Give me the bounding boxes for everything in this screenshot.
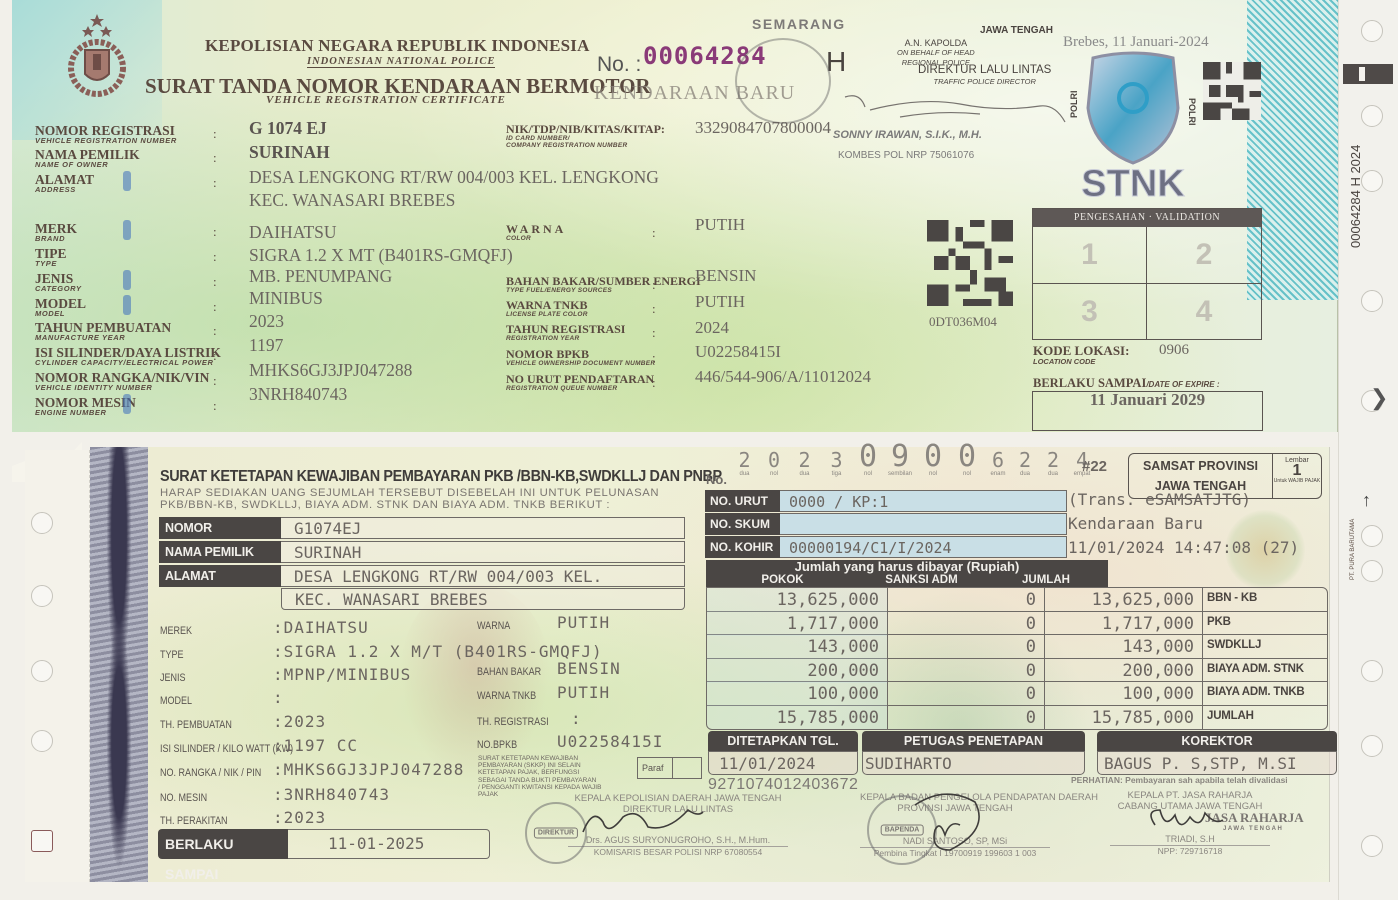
nik-label: NIK/TDP/NIB/KITAS/KITAP: ID CARD NUMBER/…: [506, 124, 665, 149]
identity-value: G1074EJ: [281, 517, 685, 539]
payment-table: Jumlah yang harus dibayar (Rupiah) POKOK…: [706, 560, 1328, 730]
issuer-director: DIREKTUR LALU LINTAS TRAFFIC POLICE DIRE…: [918, 64, 1051, 88]
perforation-hole: [31, 512, 53, 534]
institution-name-en: INDONESIAN NATIONAL POLICE: [307, 56, 495, 68]
vehicle-value: :3NRH840743: [273, 785, 390, 804]
detail-colon: :: [652, 277, 656, 293]
issuer-rank: KOMBES POL NRP 75061076: [838, 150, 974, 161]
identity-row: NOMOR REGISTRASI G1074EJ: [159, 517, 685, 539]
validation-cell-1: 1: [1033, 227, 1147, 284]
field-colon: :: [213, 348, 217, 364]
detail-colon: :: [652, 350, 656, 366]
field-value: 2023: [249, 311, 284, 332]
nik-value: 3329084707800004: [695, 118, 831, 138]
field-colon: :: [213, 175, 217, 191]
vehicle-label: NO. MESIN: [160, 792, 207, 804]
detail-colon: :: [652, 301, 656, 317]
signature-icon: [578, 802, 708, 842]
on-behalf-en-1: ON BEHALF OF HEAD: [897, 48, 975, 58]
vehicle-label: JENIS: [160, 672, 186, 684]
transaction-timestamp: 11/01/2024 14:47:08 (27): [1068, 538, 1299, 557]
vehicle-detail-label: WARNA TNKB: [477, 690, 536, 702]
queue-row: NO. SKUM: [705, 513, 1067, 535]
director-title: DIREKTUR LALU LINTAS: [918, 64, 1051, 76]
left-stub: [25, 450, 90, 882]
assessment-date-label: DITETAPKAN TGL.: [708, 731, 858, 751]
vehicle-value: :2023: [273, 808, 326, 827]
payment-rows: 13,625,000013,625,000BBN - KB1,717,00001…: [706, 587, 1328, 730]
field-label: NAMA PEMILIKNAME OF OWNER: [35, 148, 140, 169]
perforation-hole: [31, 660, 53, 682]
vehicle-value: :: [273, 688, 284, 707]
vehicle-value: :SIGRA 1.2 X M/T (B401RS-GMQFJ): [273, 642, 603, 661]
sanksi-cell: 0: [888, 612, 1045, 636]
field-colon: :: [213, 249, 217, 265]
payment-item-label: BBN - KB: [1203, 588, 1328, 612]
vehicle-label: TH. PEMBUATAN: [160, 719, 232, 731]
assessment-officer-label: PETUGAS PENETAPAN: [862, 731, 1085, 751]
security-marker: [123, 270, 131, 290]
registration-mark: [1343, 64, 1393, 84]
paraf-box: Paraf: [637, 757, 702, 779]
signature-icon: [840, 92, 1070, 127]
vehicle-detail-label: BAHAN BAKAR: [477, 666, 541, 678]
payment-item-label: JUMLAH: [1203, 706, 1328, 730]
sanksi-cell: 0: [888, 706, 1045, 730]
issue-place-date: Brebes, 11 Januari-2024: [1063, 34, 1209, 51]
security-band: [90, 447, 148, 882]
qr-code-icon: [927, 220, 1013, 306]
perforation-hole: [1361, 170, 1383, 192]
vehicle-detail-label: NO.BPKB: [477, 739, 517, 751]
pokok-cell: 200,000: [707, 659, 888, 683]
assessment-date: DITETAPKAN TGL. 11/01/2024: [708, 731, 858, 775]
field-colon: :: [213, 150, 217, 166]
valid-until-label: BERLAKU SAMPAI: [158, 829, 288, 859]
identity-row: KEC. WANASARI BREBES: [281, 588, 685, 610]
strip-serial: 00064284 H 2024: [1348, 145, 1363, 248]
field-value: MB. PENUMPANG: [249, 266, 392, 287]
field-label: NOMOR RANGKA/NIK/VINVEHICLE IDENTITY NUM…: [35, 371, 209, 392]
detail-colon: :: [652, 225, 656, 241]
identity-value: DESA LENGKONG RT/RW 004/003 KEL.: [281, 565, 685, 587]
queue-value: 0000 / KP:1: [780, 490, 1067, 512]
expiry-label: BERLAKU SAMPAI/DATE OF EXPIRE :: [1033, 376, 1220, 391]
vehicle-detail-label: WARNA: [477, 620, 510, 632]
queue-label: NO. KOHIR: [705, 536, 780, 558]
vehicle-value: :MPNP/MINIBUS: [273, 665, 411, 684]
perforation-hole: [31, 830, 53, 852]
perforation-hole: [1361, 525, 1383, 547]
detail-label: NO URUT PENDAFTARANREGISTRATION QUEUE NU…: [506, 374, 654, 392]
stamp-city: SEMARANG: [752, 16, 846, 32]
hologram-side-left: POLRI: [1069, 90, 1079, 118]
field-colon: :: [213, 126, 217, 142]
perforation-hole: [1361, 290, 1383, 312]
validation-header: PENGESAHAN · VALIDATION: [1033, 209, 1261, 227]
queue-row: NO. URUT 0000 / KP:1: [705, 490, 1067, 512]
police-emblem-icon: [55, 12, 140, 97]
queue-label: NO. URUT: [705, 490, 780, 512]
perforation-hole: [1361, 835, 1383, 857]
vehicle-value: :2023: [273, 712, 326, 731]
detail-label: WARNACOLOR: [506, 224, 566, 242]
expiry-value: 11 Januari 2029: [1033, 392, 1262, 408]
field-colon: :: [213, 323, 217, 339]
doc-digit: 0nol: [917, 449, 949, 478]
security-marker: [123, 394, 131, 414]
vehicle-value: :DAIHATSU: [273, 618, 369, 637]
field-colon: :: [213, 373, 217, 389]
vehicle-label: MODEL: [160, 695, 192, 707]
payment-item-label: PKB: [1203, 612, 1328, 636]
jumlah-cell: 1,717,000: [1045, 612, 1203, 636]
jumlah-cell: 143,000: [1045, 635, 1203, 659]
vehicle-label: NO. RANGKA / NIK / PIN: [160, 767, 261, 779]
vehicle-detail-value: :: [571, 709, 582, 728]
payment-item-label: SWDKLLJ: [1203, 635, 1328, 659]
doc-digit: 2dua: [789, 449, 820, 478]
assessment-corrector: KOREKTOR BAGUS P. S,STP, M.SI: [1097, 731, 1337, 775]
payment-title: Jumlah yang harus dibayar (Rupiah): [706, 560, 1108, 574]
sanksi-cell: 0: [888, 682, 1045, 706]
vehicle-value: :1197 CC: [273, 736, 358, 755]
perforation-hole: [1361, 560, 1383, 582]
field-colon: :: [213, 299, 217, 315]
identity-label: ALAMAT: [159, 565, 281, 587]
detail-colon: :: [652, 325, 656, 341]
queue-row: NO. KOHIR 00000194/C1/I/2024: [705, 536, 1067, 558]
field-label: JENISCATEGORY: [35, 272, 82, 293]
detail-label: TAHUN REGISTRASIREGISTRATION YEAR: [506, 324, 625, 342]
jumlah-cell: 200,000: [1045, 659, 1203, 683]
qr-code-id: 0DT036M04: [929, 314, 997, 330]
pokok-cell: 13,625,000: [707, 588, 888, 612]
skkp-fine-print: SURAT KETETAPAN KEWAJIBANPEMBAYARAN (SKK…: [478, 755, 601, 798]
col-sanksi: SANKSI ADM: [859, 574, 984, 587]
detail-value: PUTIH: [695, 292, 745, 312]
payment-header: Jumlah yang harus dibayar (Rupiah) POKOK…: [706, 560, 1108, 587]
vehicle-label: TYPE: [160, 649, 184, 661]
field-label: MERKBRAND: [35, 222, 77, 243]
pokok-cell: 15,785,000: [707, 706, 888, 730]
document-number-label: No.: [706, 472, 727, 487]
issuer-province: JAWA TENGAH: [980, 25, 1053, 36]
col-pokok: POKOK: [706, 574, 859, 587]
field-value: MINIBUS: [249, 288, 323, 309]
payment-row: 100,0000100,000BIAYA ADM. TNKB: [707, 682, 1327, 706]
doc-digit: 0nol: [759, 449, 789, 478]
transaction-type: Kendaraan Baru: [1068, 514, 1203, 533]
hologram-text: STNK: [1081, 163, 1185, 198]
serial-number-label: No. :: [597, 53, 641, 77]
queue-label: NO. SKUM: [705, 513, 780, 535]
identity-value: KEC. WANASARI BREBES: [281, 588, 685, 610]
validation-notice: PERHATIAN: Pembayaran sah apabila telah …: [1071, 775, 1288, 785]
validation-cell-2: 2: [1147, 227, 1261, 284]
printer-name: PT. PURA BARUTAMA: [1350, 519, 1356, 580]
field-colon: :: [213, 398, 217, 414]
skkp-note: HARAP SEDIAKAN UANG SEJUMLAH TERSEBUT DI…: [160, 487, 659, 511]
identity-label: NOMOR REGISTRASI: [159, 517, 281, 539]
payment-row: 143,0000143,000SWDKLLJ: [707, 635, 1327, 659]
payment-item-label: BIAYA ADM. TNKB: [1203, 682, 1328, 706]
perforation-hole: [1361, 20, 1383, 42]
detail-value: PUTIH: [695, 215, 745, 235]
expiry-box: 11 Januari 2029: [1032, 391, 1263, 431]
chevron-right-icon: ❯: [1370, 385, 1388, 411]
field-value-line2: KEC. WANASARI BREBES: [249, 190, 455, 211]
payment-row: 13,625,000013,625,000BBN - KB: [707, 588, 1327, 612]
detail-value: U02258415I: [695, 342, 781, 362]
sanksi-cell: 0: [888, 635, 1045, 659]
field-label: NOMOR MESINENGINE NUMBER: [35, 396, 136, 417]
detail-label: BAHAN BAKAR/SUMBER ENERGITYPE FUEL/ENERG…: [506, 276, 701, 294]
field-value: SIGRA 1.2 X MT (B401RS-GMQFJ): [249, 245, 513, 266]
pokok-cell: 1,717,000: [707, 612, 888, 636]
queue-value: 00000194/C1/I/2024: [780, 536, 1067, 558]
identity-row: NAMA PEMILIK SURINAH: [159, 541, 685, 563]
detail-label: WARNA TNKBLICENSE PLATE COLOR: [506, 300, 588, 318]
location-code-value: 0906: [1159, 342, 1189, 359]
assessment-officer: PETUGAS PENETAPAN SUDIHARTO: [862, 731, 1085, 775]
doc-digit: 9sembilan: [883, 449, 917, 478]
location-code-label: KODE LOKASI: LOCATION CODE: [1033, 345, 1129, 367]
col-jumlah: JUMLAH: [984, 574, 1108, 587]
doc-digit: 6enam: [985, 449, 1011, 478]
security-marker: [123, 171, 131, 191]
valid-until-value: 11-01-2025: [288, 829, 490, 859]
field-label: MODELMODEL: [35, 297, 86, 318]
identity-row: ALAMAT DESA LENGKONG RT/RW 004/003 KEL.: [159, 565, 685, 587]
institution-name: KEPOLISIAN NEGARA REPUBLIK INDONESIA: [205, 36, 590, 56]
sanksi-cell: 0: [888, 659, 1045, 683]
owner-identity: NOMOR REGISTRASI G1074EJ NAMA PEMILIK SU…: [159, 517, 687, 609]
perforation-hole: [1361, 660, 1383, 682]
identity-label: NAMA PEMILIK: [159, 541, 281, 563]
issuer-name: SONNY IRAWAN, S.I.K., M.H.: [833, 129, 982, 141]
security-marker: [123, 295, 131, 315]
doc-digit: 2dua: [1011, 449, 1039, 478]
doc-digit: 0nol: [853, 449, 883, 478]
field-value: 3NRH840743: [249, 384, 347, 405]
arrow-up-icon: ↑: [1362, 490, 1371, 511]
validation-cell-3: 3: [1033, 284, 1147, 341]
field-value: G 1074 EJ: [249, 118, 327, 139]
queue-info: NO. URUT 0000 / KP:1 NO. SKUM NO. KOHIR …: [705, 490, 1067, 558]
jumlah-cell: 13,625,000: [1045, 588, 1203, 612]
director-title-en: TRAFFIC POLICE DIRECTOR: [918, 76, 1051, 88]
detail-value: 2024: [695, 318, 729, 338]
official-stamp: [735, 38, 831, 124]
skkp-title: SURAT KETETAPAN KEWAJIBAN PEMBAYARAN PKB…: [160, 468, 722, 486]
signature-icon: [1145, 805, 1225, 835]
assessment-date-value: 11/01/2024: [708, 751, 858, 775]
assessment-officer-value: SUDIHARTO: [862, 751, 1085, 775]
field-colon: :: [213, 274, 217, 290]
signature-icon: [905, 790, 985, 855]
vehicle-detail-value: PUTIH: [557, 683, 610, 702]
field-colon: :: [213, 224, 217, 240]
detail-colon: :: [652, 375, 656, 391]
field-value: MHKS6GJ3JPJ047288: [249, 360, 412, 381]
perforation-hole: [1361, 105, 1383, 127]
doc-digit: 0nol: [949, 449, 985, 478]
payment-row: 1,717,00001,717,000PKB: [707, 612, 1327, 636]
on-behalf-text: A.N. KAPOLDA: [897, 38, 975, 48]
document-number-suffix: #22: [1082, 458, 1107, 475]
assessment-corrector-label: KOREKTOR: [1097, 731, 1337, 751]
pokok-cell: 100,000: [707, 682, 888, 706]
field-value: SURINAH: [249, 142, 330, 163]
stnk-hologram-icon: STNK POLRI POLRI: [1063, 48, 1203, 198]
vehicle-detail-value: U02258415I: [557, 732, 663, 751]
transaction-channel: (Trans. eSAMSATJTG): [1068, 490, 1251, 509]
detail-value: BENSIN: [695, 266, 756, 286]
field-value: DAIHATSU: [249, 222, 337, 243]
field-label: NOMOR REGISTRASIVEHICLE REGISTRATION NUM…: [35, 124, 177, 145]
jumlah-cell: 100,000: [1045, 682, 1203, 706]
vehicle-detail-label: TH. REGISTRASI: [477, 716, 549, 728]
document-number: 2dua0nol2dua3tiga0nol9sembilan0nol0nol6e…: [730, 449, 1097, 478]
sanksi-cell: 0: [888, 588, 1045, 612]
perforation-hole: [1361, 735, 1383, 757]
perforated-strip: [1338, 0, 1398, 900]
perforation-hole: [31, 730, 53, 752]
field-label: ISI SILINDER/DAYA LISTRIKCYLINDER CAPACI…: [35, 346, 221, 367]
security-marker: [123, 220, 131, 240]
doc-digit: 3tiga: [820, 449, 853, 478]
field-label: TAHUN PEMBUATANMANUFACTURE YEAR: [35, 321, 171, 342]
validation-grid: PENGESAHAN · VALIDATION 1 2 3 4: [1032, 208, 1262, 340]
pokok-cell: 143,000: [707, 635, 888, 659]
document-title-en: VEHICLE REGISTRATION CERTIFICATE: [266, 94, 506, 106]
queue-value: [780, 513, 1067, 535]
valid-until: BERLAKU SAMPAI 11-01-2025: [158, 829, 490, 859]
doc-digit: 2dua: [1039, 449, 1067, 478]
hologram-side-right: POLRI: [1187, 98, 1197, 126]
validation-cell-4: 4: [1147, 284, 1261, 341]
doc-digit: 2dua: [730, 449, 759, 478]
vehicle-detail-value: BENSIN: [557, 659, 621, 678]
detail-value: 446/544-906/A/11012024: [695, 367, 871, 387]
identity-value: SURINAH: [281, 541, 685, 563]
perforation-hole: [31, 585, 53, 607]
field-value: 1197: [249, 335, 283, 356]
vehicle-label: TH. PERAKITAN: [160, 815, 227, 827]
field-label: TIPETYPE: [35, 247, 67, 268]
detail-label: NOMOR BPKBVEHICLE OWNERSHIP DOCUMENT NUM…: [506, 349, 655, 367]
vehicle-detail-value: PUTIH: [557, 613, 610, 632]
payment-item-label: BIAYA ADM. STNK: [1203, 659, 1328, 683]
vehicle-value: :MHKS6GJ3JPJ047288: [273, 760, 464, 779]
payment-row: 200,0000200,000BIAYA ADM. STNK: [707, 659, 1327, 683]
assessment-corrector-value: BAGUS P. S,STP, M.SI: [1097, 751, 1337, 775]
field-value: DESA LENGKONG RT/RW 004/003 KEL. LENGKON…: [249, 167, 659, 188]
field-label: ALAMATADDRESS: [35, 173, 94, 194]
payment-row: 15,785,000015,785,000JUMLAH: [707, 706, 1327, 730]
qr-code-icon: [1203, 62, 1261, 120]
vehicle-label: MEREK: [160, 625, 192, 637]
sheet-number: Lembar 1 Untuk WAJIB PAJAK: [1273, 454, 1321, 498]
jumlah-cell: 15,785,000: [1045, 706, 1203, 730]
reference-number: 9271074012403672: [708, 776, 858, 794]
